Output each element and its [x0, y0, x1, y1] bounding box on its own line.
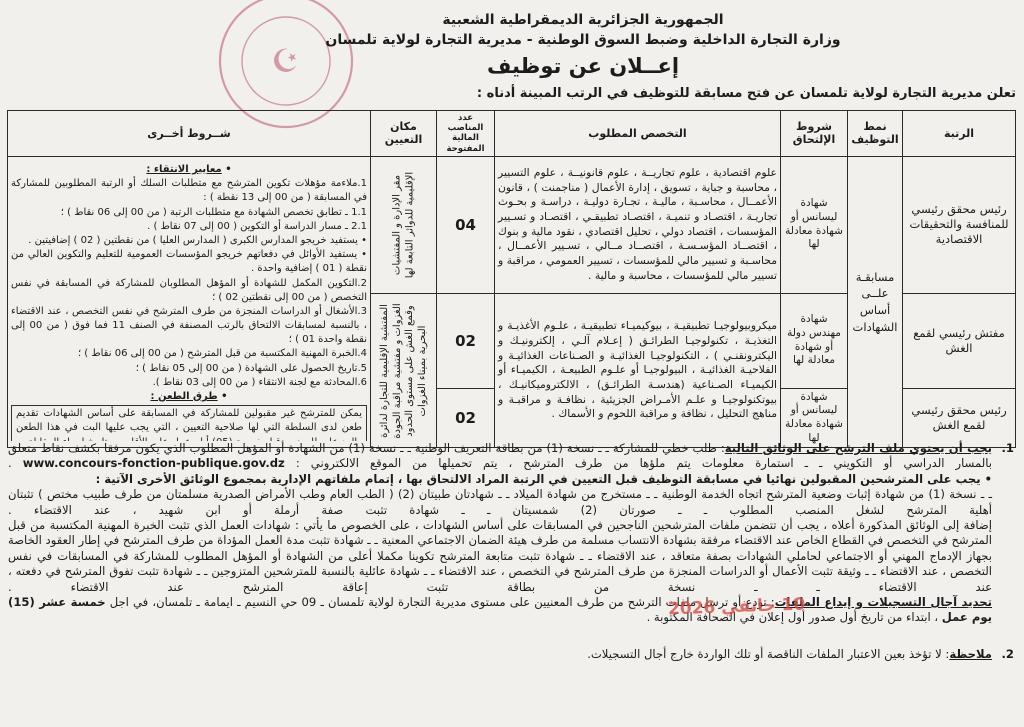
col-header-positions: عدد المناصب المالية المفتوحة: [437, 111, 495, 157]
administrative-documents-paragraph: ـ ـ نسخة (1) من شهادة إثبات وضعية المترش…: [8, 487, 1016, 518]
other-conditions-content: • معايير الانتقاء : 1.ملاءمة مؤهلات تكوي…: [11, 163, 367, 441]
document-header: الجمهورية الجزائرية الديمقراطية الشعبية …: [142, 12, 1024, 78]
criteria-item: 4.الخبرة المهنية المكتسبة من قبل المترشح…: [11, 347, 367, 361]
criteria-item: 6.المحادثة مع لجنة الانتقاء ( من 00 إلى …: [11, 376, 367, 390]
col-header-other: شــروط أخــرى: [8, 111, 371, 157]
col-header-conditions: شروط الإلتحاق: [781, 111, 848, 157]
deadline-paragraph: تحديد آجال التسجيلات و إيداع الملفات: تو…: [8, 595, 1016, 626]
location-text: المفتشية الإقليمية للتجارة لدائرة الغزوا…: [379, 301, 429, 441]
required-documents-paragraph: 1. يجب أن يحتوي ملف الترشح على الوثائق ا…: [8, 441, 1016, 472]
table-header-row: الرتبة نمط التوظيف شروط الإلتحاق التخصص …: [8, 111, 1016, 157]
criteria-item: 5.تاريخ الحصول على الشهادة ( من 00 إلى 0…: [11, 362, 367, 376]
republic-line: الجمهورية الجزائرية الديمقراطية الشعبية: [142, 12, 1024, 28]
rank-cell: مفتش رئيسي لقمع الغش: [903, 293, 1016, 388]
conditions-cell: شهادة ليسانس أو شهادة معادلة لها: [781, 156, 848, 293]
positions-count: 02: [437, 388, 495, 448]
criteria-item: 1.ملاءمة مؤهلات تكوين المترشح مع متطلبات…: [11, 177, 367, 205]
selection-criteria-title: • معايير الانتقاء :: [11, 163, 367, 177]
conditions-cell: شهادة ليسانس أو شهادة معادلة لها: [781, 388, 848, 448]
table-row: رئيس محقق رئيسي للمنافسة والتحقيقات الاق…: [8, 156, 1016, 293]
criteria-item: 2.1 ـ مسار الدراسة أو التكوين ( 00 إلى 0…: [11, 220, 367, 234]
positions-count: 04: [437, 156, 495, 293]
appeal-methods-title: • طرق الطعن :: [11, 390, 367, 404]
other-conditions-cell: • معايير الانتقاء : 1.ملاءمة مؤهلات تكوي…: [8, 156, 371, 448]
location-text: مقر الإدارة و المفتشيات الإقليمية للدوائ…: [391, 161, 416, 289]
col-header-specialty: التخصص المطلوب: [495, 111, 781, 157]
rank-cell: رئيس محقق رئيسي لقمع الغش: [903, 388, 1016, 448]
ministry-line: وزارة التجارة الداخلية وضبط السوق الوطني…: [142, 32, 1024, 48]
announcement-title: إعــلان عن توظيف: [142, 54, 1024, 78]
criteria-item: • يستفيد الأوائل في دفعاتهم خريجو المؤسس…: [11, 248, 367, 276]
list-number: 1.: [1002, 441, 1014, 456]
recruitment-table: الرتبة نمط التوظيف شروط الإلتحاق التخصص …: [7, 110, 1016, 448]
specialty-text: علوم اقتصادية ، علوم تجاريــة ، علوم قان…: [498, 166, 777, 283]
criteria-item: • يستفيد خريجو المدارس الكبرى ( المدارس …: [11, 234, 367, 248]
specialty-cell: علوم اقتصادية ، علوم تجاريــة ، علوم قان…: [495, 156, 781, 293]
specialty-cell: ميكروبيولوجيـا تطبيقيـة ، بيوكيميـاء تطب…: [495, 293, 781, 448]
required-documents-title: يجب أن يحتوي ملف الترشح على الوثائق التا…: [725, 441, 992, 455]
specialty-text: ميكروبيولوجيـا تطبيقيـة ، بيوكيميـاء تطب…: [498, 319, 777, 422]
website-url: www.concours-fonction-publique.gov.dz: [23, 456, 285, 470]
location-cell: مقر الإدارة و المفتشيات الإقليمية للدوائ…: [371, 156, 437, 293]
recruitment-mode-cell: مسابقـة علــى أساس الشهادات: [848, 156, 903, 448]
final-candidates-paragraph: • يجب على المترشحين المقبولين نهائيا في …: [8, 472, 1016, 487]
additional-documents-paragraph: إضافة إلى الوثائق المذكورة أعلاه ، يجب أ…: [8, 518, 1016, 595]
rank-cell: رئيس محقق رئيسي للمنافسة والتحقيقات الاق…: [903, 156, 1016, 293]
intro-line: تعلن مديرية التجارة لولاية تلمسان عن فتح…: [477, 86, 1016, 101]
criteria-item: 1.1 ـ تطابق تخصص الشهادة مع متطلبات الرت…: [11, 206, 367, 220]
col-header-rank: الرتبة: [903, 111, 1016, 157]
note-title: ملاحظة: [949, 647, 992, 661]
conditions-cell: شهادة مهندس دولة أو شهادة معادلة لها: [781, 293, 848, 388]
criteria-item: 3.الأشغال أو الدراسات المنجزة من طرف الم…: [11, 305, 367, 348]
list-number: 2.: [1002, 647, 1014, 662]
col-header-location: مكان التعيين: [371, 111, 437, 157]
appeal-text-box: يمكن للمترشح غير مقبولين للمشاركة في الم…: [11, 405, 367, 441]
criteria-item: 2.التكوين المكمل للشهادة أو المؤهل المطل…: [11, 277, 367, 305]
location-cell: المفتشية الإقليمية للتجارة لدائرة الغزوا…: [371, 293, 437, 448]
note-paragraph: 2. ملاحظة: لا تؤخذ بعين الاعتبار الملفات…: [8, 647, 1016, 662]
positions-count: 02: [437, 293, 495, 388]
deadline-title: تحديد آجال التسجيلات و إيداع الملفات: [775, 595, 992, 609]
footer-notes: 1. يجب أن يحتوي ملف الترشح على الوثائق ا…: [8, 441, 1016, 662]
scanned-job-announcement-page: وزارة التجارة الداخلية وضبط السوق الوطني…: [0, 0, 1024, 727]
col-header-mode: نمط التوظيف: [848, 111, 903, 157]
